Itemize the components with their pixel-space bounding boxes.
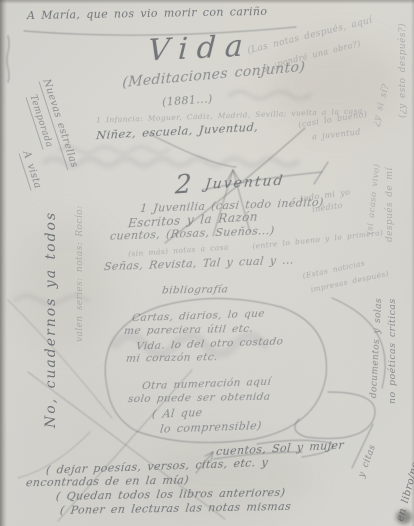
paper-stain bbox=[20, 220, 110, 350]
page-title: Vida bbox=[147, 31, 252, 67]
bottom-line: ( Poner en lecturas las notas mismas bbox=[59, 501, 291, 516]
ninez-line: Niñez, escuela, Juventud, bbox=[96, 122, 259, 142]
ninez-side-note: a juventud bbox=[312, 128, 361, 141]
right-margin-note: y citas bbox=[358, 444, 378, 479]
biblio-word: bibliografía bbox=[161, 284, 228, 296]
circle-line: Vida. lo del otro costado bbox=[135, 336, 283, 352]
section2-word: Juventud bbox=[204, 174, 285, 192]
right-margin-note: (si acaso vivo) bbox=[366, 163, 382, 234]
right-margin-note: no poéticas críticas bbox=[388, 298, 398, 404]
right-margin-note: documentos y solas bbox=[370, 298, 384, 399]
circle-line: Otra numeración aquí bbox=[141, 377, 271, 392]
left-margin-note: No, cuadernos ya todos bbox=[44, 211, 58, 428]
dedication-line: A María, que nos vio morir con cariño bbox=[27, 6, 268, 21]
left-list-item-label: A vista bbox=[19, 150, 43, 191]
bottom-line: encontradas de en la mía) bbox=[25, 475, 189, 489]
right-margin-note: (¿y esto después?) bbox=[399, 23, 408, 118]
scan-edge-top bbox=[0, 0, 414, 4]
circle-line: me pareciera útil etc. bbox=[123, 324, 254, 337]
section2-number: 2 bbox=[175, 171, 193, 198]
circle-line: Cartas, diarios, lo que bbox=[131, 309, 265, 324]
manuscript-page: A María, que nos vio morir con cariño Vi… bbox=[0, 0, 414, 526]
circle-line: mi corazón etc. bbox=[125, 352, 218, 364]
left-margin-note: valen series: notas: Rocío: bbox=[76, 206, 85, 342]
scan-edge-left bbox=[0, 0, 7, 526]
year-note: (1881...) bbox=[162, 93, 213, 108]
circle-line: solo puede ser obtenida bbox=[127, 392, 271, 405]
right-margin-note: después de mí bbox=[386, 167, 395, 242]
circle-line: lo comprensible) bbox=[159, 420, 262, 435]
left-list-item: A vista bbox=[20, 150, 42, 190]
circle-line: ( Al que bbox=[151, 407, 203, 420]
